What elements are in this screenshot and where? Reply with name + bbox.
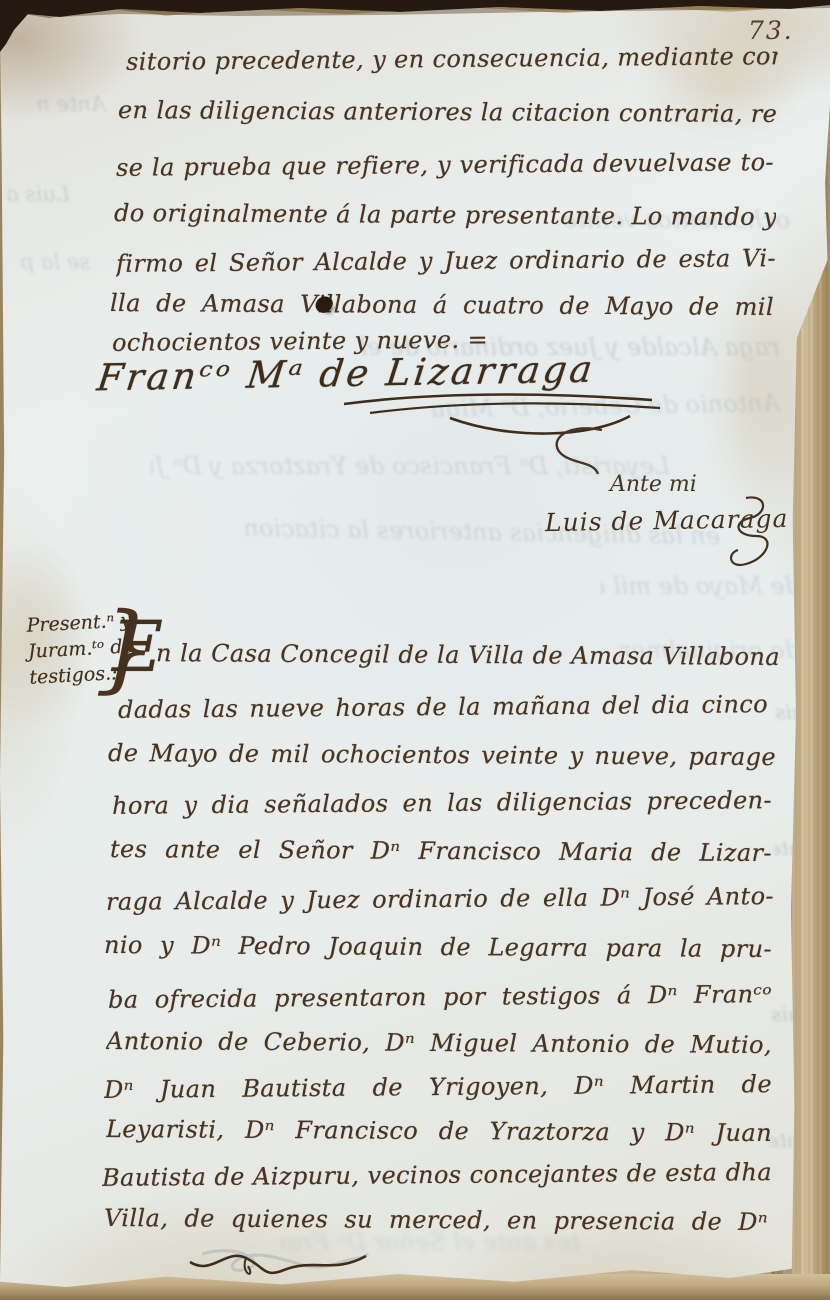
act-line: raga Alcalde y Juez ordinario de ella Dⁿ…	[106, 881, 774, 917]
act-line: dadas las nueve horas de la mañana del d…	[118, 689, 768, 725]
decree-line: firmo el Señor Alcalde y Juez ordinario …	[116, 243, 776, 279]
notary-rubric-flourish	[716, 492, 778, 576]
signature-rubric-flourish	[330, 388, 670, 440]
ghost-bleedthrough-text: se la prueba que refiere, y verificada d…	[20, 250, 90, 274]
ghost-bleedthrough-text: de Mayo de mil ochocientos veinte y nuev…	[600, 572, 800, 600]
act-line: n la Casa Concegil de la Villa de Amasa …	[156, 638, 780, 672]
decree-line: do originalmente á la parte presentante.…	[114, 198, 776, 232]
act-line: de Mayo de mil ochocientos veinte y nuev…	[108, 738, 776, 772]
decree-line: lla de Amasa Villabona á cuatro de Mayo …	[110, 288, 774, 322]
attestation-ante-mi: Ante mi	[610, 472, 697, 497]
decree-line: sitorio precedente, y en consecuencia, m…	[126, 41, 778, 77]
scurve-rubric-flourish	[540, 422, 612, 478]
act-line: tes ante el Señor Dⁿ Francisco Maria de …	[110, 834, 772, 868]
decree-line: en las diligencias anteriores la citacio…	[118, 95, 778, 129]
decree-line: se la prueba que refiere, y verificada d…	[116, 147, 774, 183]
act-line: Antonio de Ceberio, Dⁿ Miguel Antonio de…	[106, 1026, 772, 1060]
act-line: Leyaristi, Dⁿ Francisco de Yraztorza y D…	[106, 1114, 772, 1148]
manuscript-page: raga Alcalde y Juez ordinario de ella Dⁿ…	[0, 0, 830, 1300]
ghost-bleedthrough-text: Luis de Macaraga	[8, 182, 70, 206]
act-line: Dⁿ Juan Bautista de Yrigoyen, Dⁿ Martin …	[104, 1069, 772, 1105]
closing-flourish	[182, 1240, 372, 1280]
act-line: Villa, de quienes su merced, en presenci…	[104, 1203, 768, 1237]
act-line: ba ofrecida presentaron por testigos á D…	[108, 979, 772, 1015]
act-line: nio y Dⁿ Pedro Joaquin de Legarra para l…	[104, 930, 772, 964]
act-line: Bautista de Aizpuru, vecinos concejantes…	[102, 1157, 772, 1193]
act-line: hora y dia señalados en las diligencias …	[112, 785, 772, 821]
manuscript-scan: raga Alcalde y Juez ordinario de ella Dⁿ…	[0, 0, 830, 1300]
ghost-bleedthrough-text: Ante mi	[36, 92, 106, 116]
